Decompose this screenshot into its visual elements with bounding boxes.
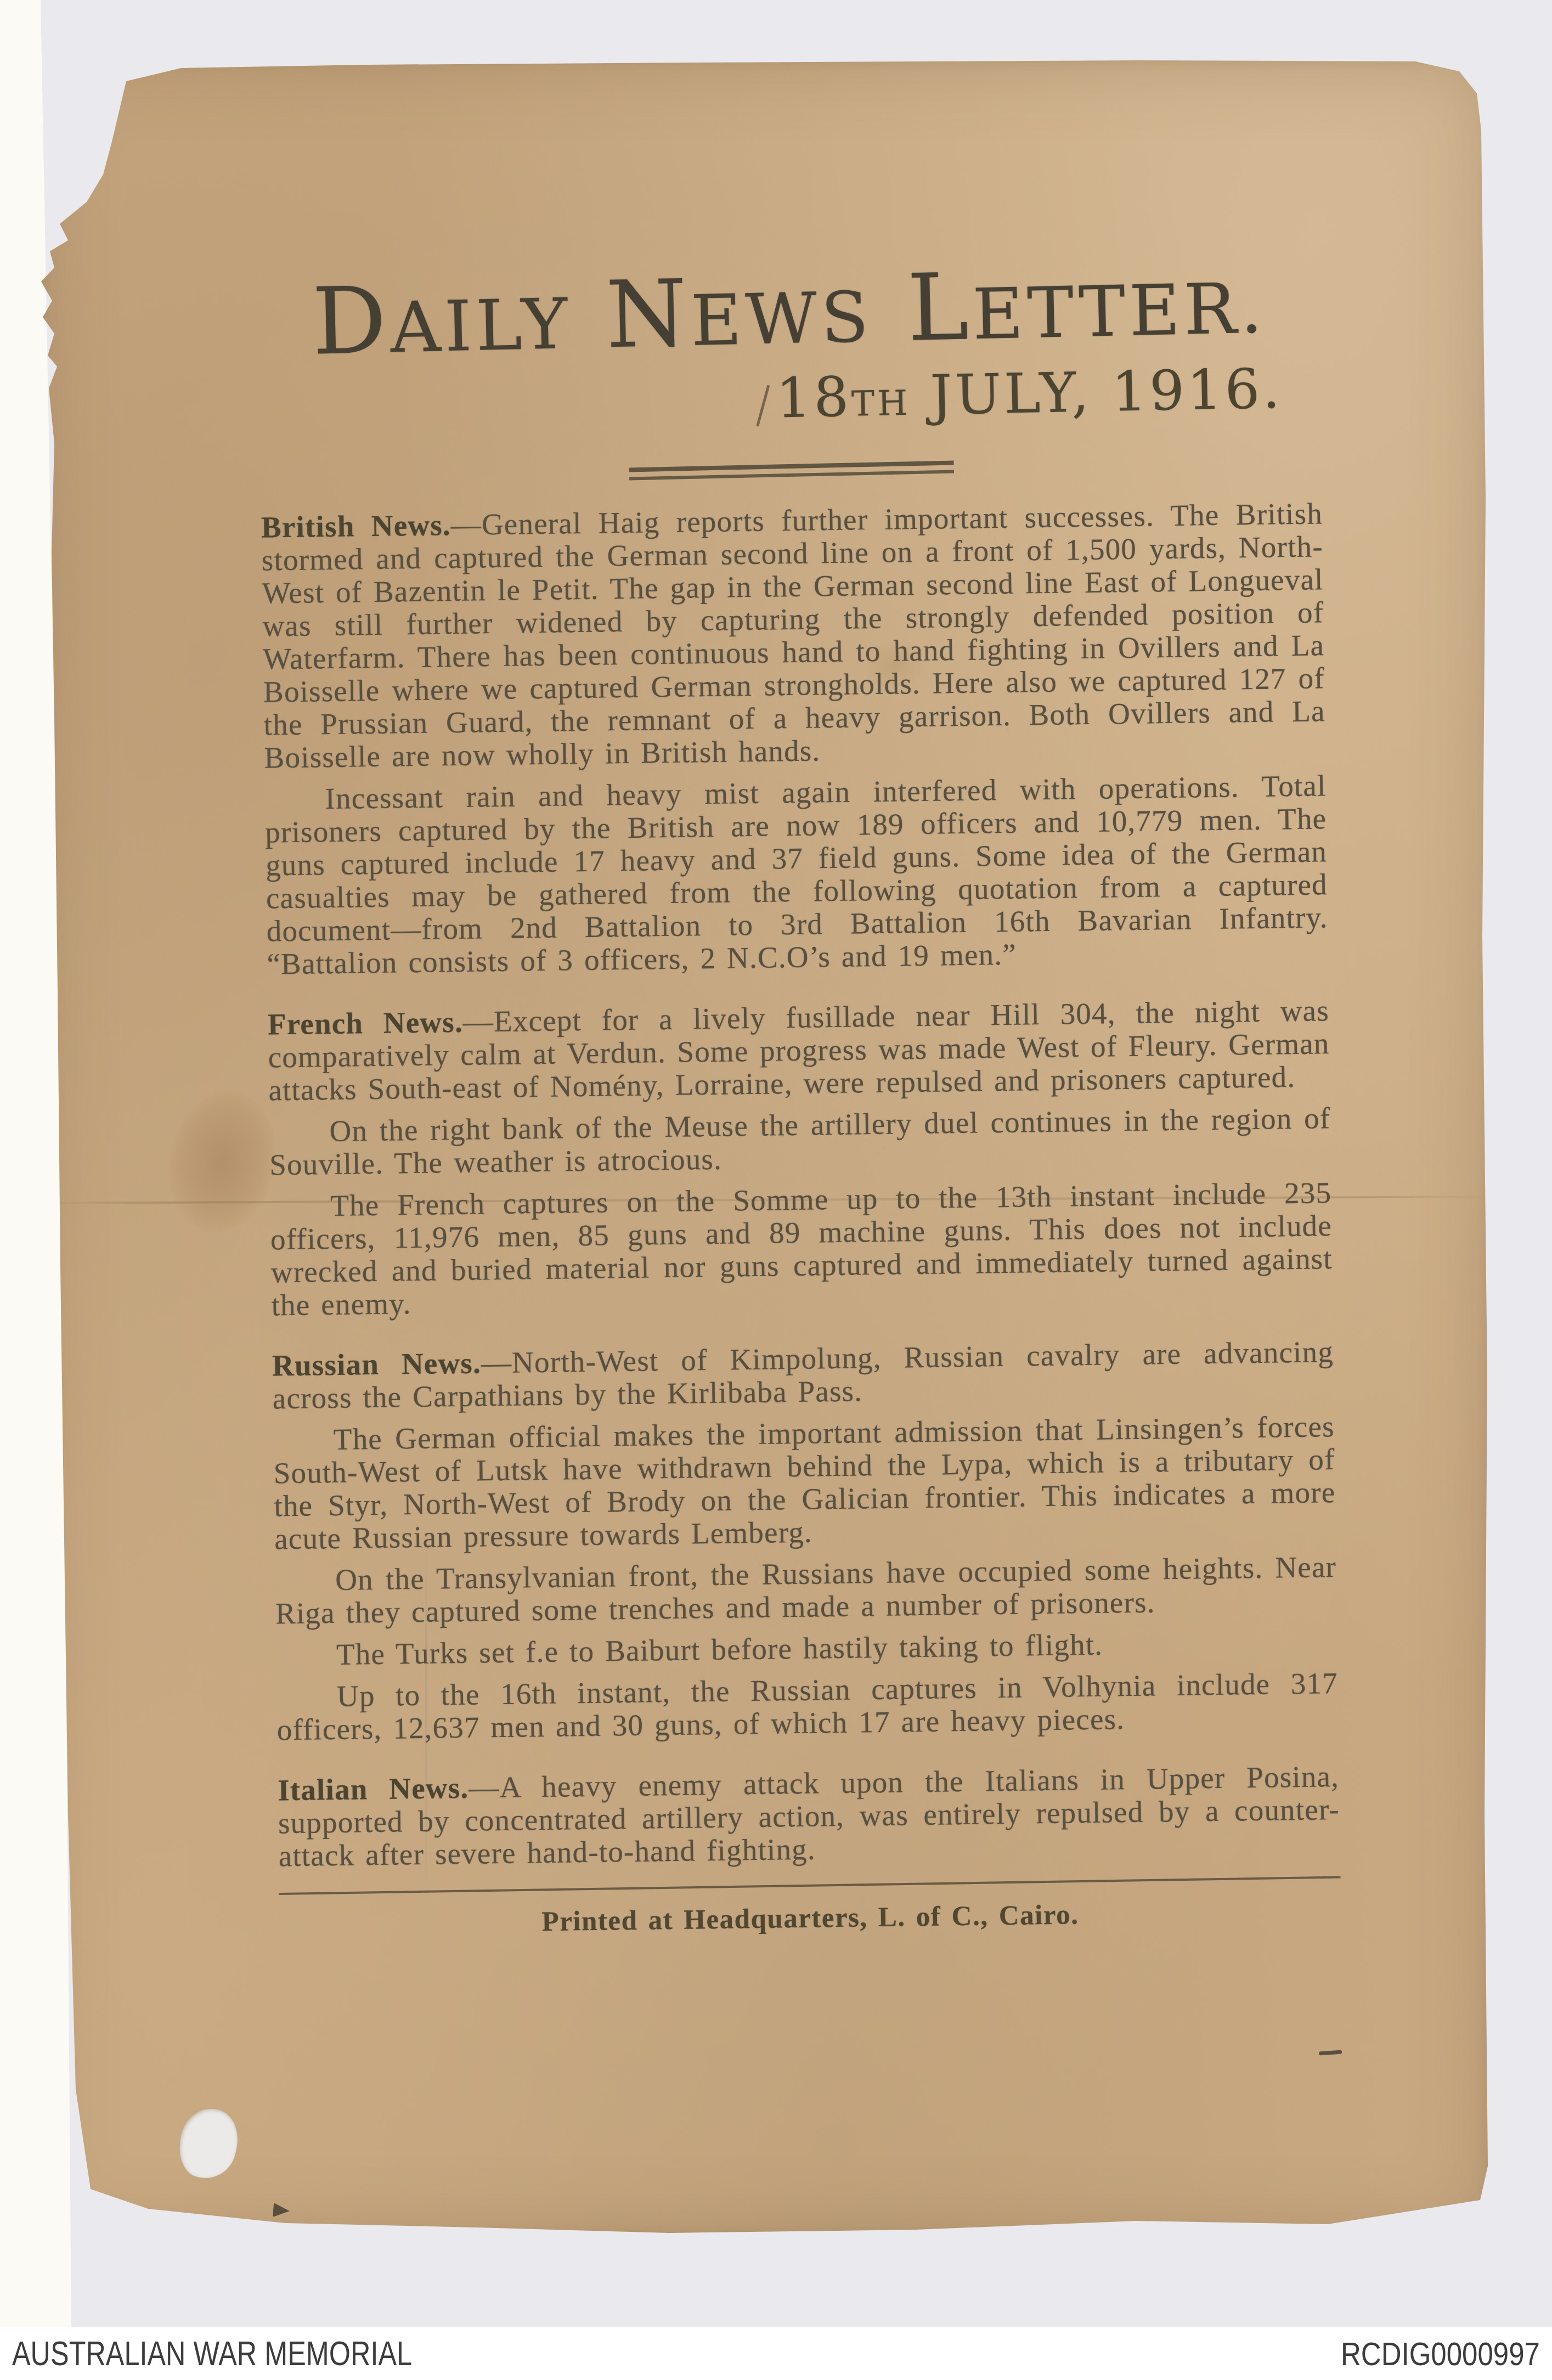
printed-content: DAILYNEWSLETTER. 18TH JULY, 1916. Britis… bbox=[255, 52, 1341, 1942]
date-day: 18 bbox=[776, 365, 852, 431]
title-initial: L bbox=[906, 253, 974, 362]
paragraph-italian-news: Italian News.—A heavy enemy attack upon … bbox=[278, 1760, 1340, 1873]
title-rest: EWS bbox=[690, 277, 874, 362]
catalog-bar: AUSTRALIAN WAR MEMORIAL RCDIG0000997 bbox=[0, 2327, 1552, 2380]
section-heading: French News. bbox=[268, 1005, 464, 1041]
footer-divider bbox=[279, 1876, 1341, 1895]
paragraph-text: Up to the 16th instant, the Russian capt… bbox=[276, 1666, 1338, 1746]
paragraph-british-news: British News.—General Haig reports furth… bbox=[261, 497, 1326, 774]
institution-name: AUSTRALIAN WAR MEMORIAL bbox=[12, 2334, 412, 2373]
paragraph-british-2: Incessant rain and heavy mist again inte… bbox=[264, 769, 1329, 980]
date-ordinal: TH bbox=[851, 383, 911, 424]
paragraph-russian-2: The German official makes the important … bbox=[273, 1410, 1336, 1555]
paragraph-french-news: French News.—Except for a lively fusilla… bbox=[268, 994, 1330, 1107]
paragraph-text: The German official makes the important … bbox=[273, 1409, 1335, 1555]
ink-mark bbox=[273, 2203, 290, 2218]
paragraph-text: The French captures on the Somme up to t… bbox=[270, 1176, 1333, 1322]
imprint-line: Printed at Headquarters, L. of C., Cairo… bbox=[279, 1895, 1341, 1942]
title-rest: ETTER. bbox=[972, 267, 1267, 355]
paragraph-text: The Turks set f.e to Baiburt before hast… bbox=[336, 1628, 1103, 1671]
newsletter-date: 18TH JULY, 1916. bbox=[259, 356, 1322, 440]
newsletter-body: British News.—General Haig reports furth… bbox=[261, 497, 1341, 1942]
section-heading: Russian News. bbox=[272, 1346, 482, 1382]
paragraph-russian-5: Up to the 16th instant, the Russian capt… bbox=[276, 1667, 1339, 1746]
date-rest: JULY, 1916. bbox=[910, 357, 1283, 428]
paragraph-text: On the right bank of the Meuse the artil… bbox=[269, 1101, 1331, 1181]
title-initial: D bbox=[311, 266, 391, 375]
title-divider bbox=[629, 460, 953, 480]
paragraph-text: Incessant rain and heavy mist again inte… bbox=[265, 769, 1328, 980]
newsletter-page: DAILYNEWSLETTER. 18TH JULY, 1916. Britis… bbox=[38, 59, 1489, 2237]
paragraph-french-3: The French captures on the Somme up to t… bbox=[270, 1176, 1333, 1322]
paper-hole bbox=[172, 2102, 245, 2184]
title-rest: AILY bbox=[390, 283, 572, 368]
section-heading: British News. bbox=[261, 508, 451, 544]
title-word: LETTER. bbox=[906, 254, 1267, 354]
paragraph-french-2: On the right bank of the Meuse the artil… bbox=[269, 1102, 1331, 1181]
newsletter-title: DAILYNEWSLETTER. bbox=[257, 253, 1320, 369]
paragraph-text: On the Transylvanian front, the Russians… bbox=[275, 1550, 1337, 1630]
title-initial: N bbox=[605, 260, 692, 369]
ink-mark bbox=[1319, 2050, 1342, 2056]
title-word: DAILY bbox=[311, 270, 572, 368]
catalog-id: RCDIG0000997 bbox=[1341, 2335, 1540, 2373]
title-word: NEWS bbox=[605, 263, 873, 362]
section-heading: Italian News. bbox=[278, 1771, 469, 1807]
paragraph-russian-3: On the Transylvanian front, the Russians… bbox=[275, 1550, 1337, 1630]
paragraph-russian-news: Russian News.—North-West of Kimpolung, R… bbox=[272, 1335, 1334, 1415]
paragraph-russian-4: The Turks set f.e to Baiburt before hast… bbox=[276, 1625, 1338, 1672]
